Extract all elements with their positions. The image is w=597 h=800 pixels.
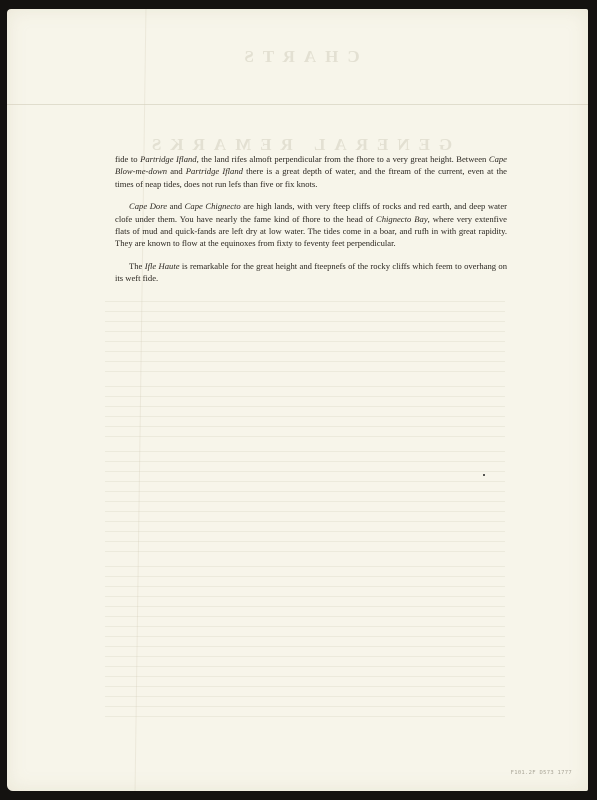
- paragraph: The Ifle Haute is remarkable for the gre…: [115, 260, 507, 285]
- fold-crease-horizontal: [7, 104, 588, 105]
- document-page: CHARTS GENERAL REMARKS fide to Partridge…: [7, 9, 588, 791]
- ink-speck: [483, 474, 485, 476]
- place-name: Partridge Ifland: [140, 154, 196, 164]
- text-run: and: [167, 166, 186, 176]
- show-through-heading: CHARTS: [7, 47, 588, 67]
- place-name: Ifle Haute: [145, 261, 180, 271]
- paragraph: Cape Dore and Cape Chignecto are high la…: [115, 200, 507, 250]
- text-run: and: [167, 201, 185, 211]
- text-run: , the land rifes almoft perpendicular fr…: [197, 154, 489, 164]
- text-run: fide to: [115, 154, 140, 164]
- text-run: The: [129, 261, 145, 271]
- place-name: Chignecto Bay: [376, 214, 428, 224]
- archive-stamp: F101.2F D573 1777: [511, 770, 572, 776]
- place-name: Cape Chignecto: [185, 201, 241, 211]
- body-text: fide to Partridge Ifland, the land rifes…: [115, 153, 507, 295]
- paragraph: fide to Partridge Ifland, the land rifes…: [115, 153, 507, 190]
- place-name: Partridge Ifland: [186, 166, 243, 176]
- show-through-text-block: [105, 301, 505, 726]
- place-name: Cape Dore: [129, 201, 167, 211]
- show-through-subheading: GENERAL REMARKS: [7, 135, 588, 155]
